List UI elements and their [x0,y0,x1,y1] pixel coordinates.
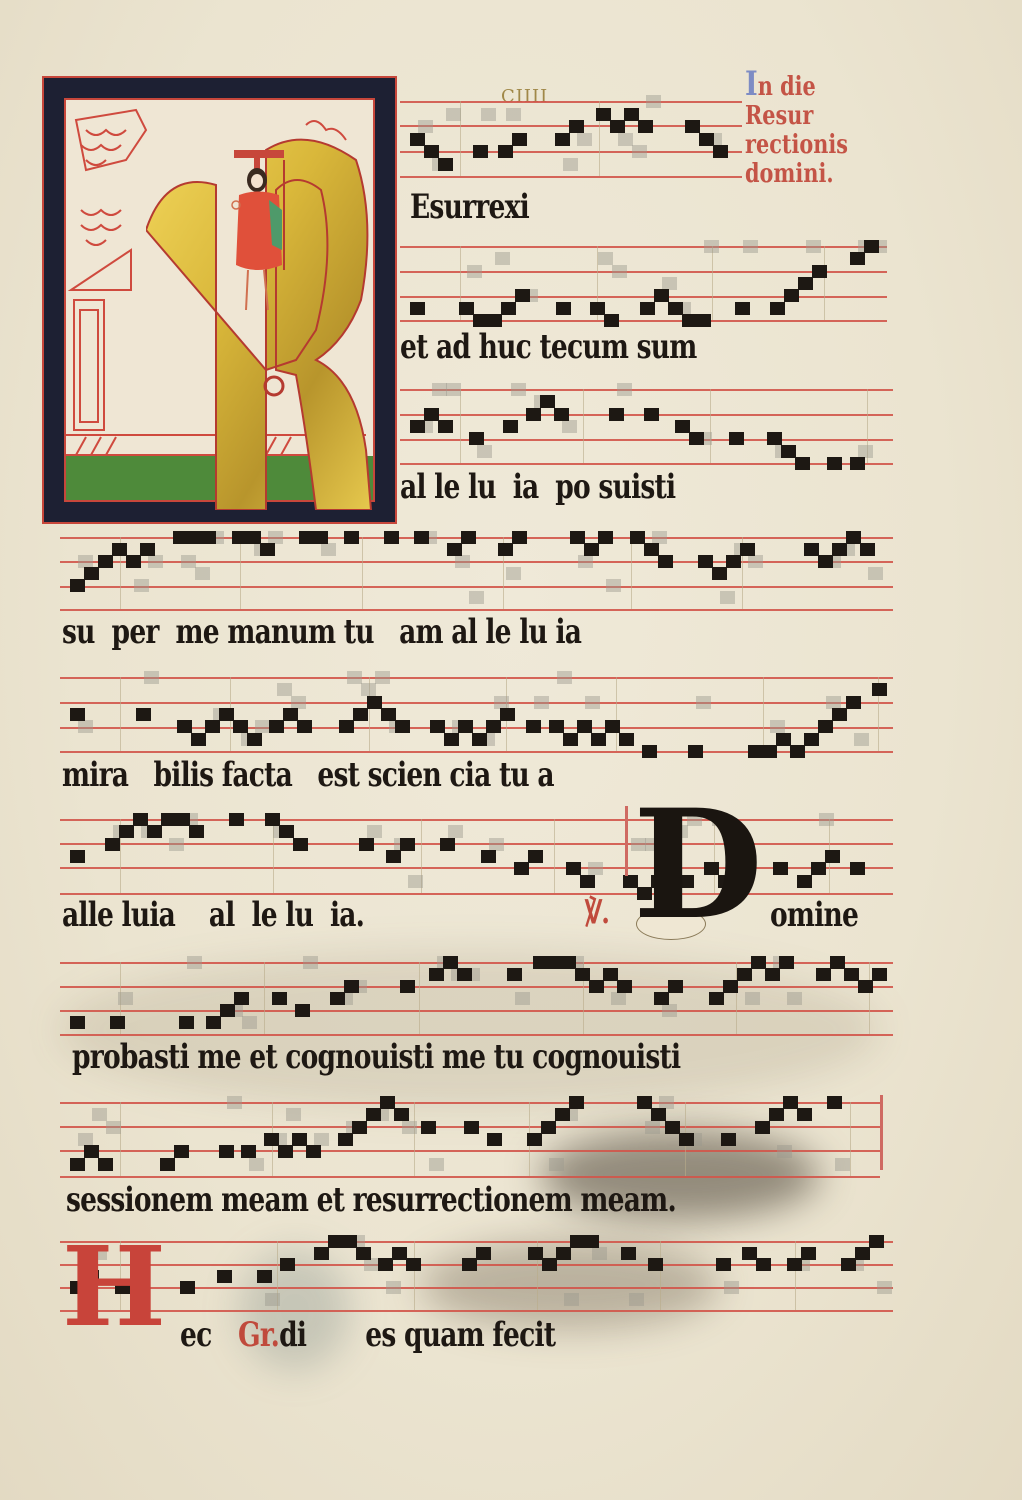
neume-note [797,1108,812,1121]
show-through-note [743,240,758,253]
lyric-line: Esurrexi [410,190,529,224]
staff-line [60,1102,880,1104]
neume-note [241,1145,256,1158]
neume-note [668,302,683,315]
neume-note [70,579,85,592]
neume-note [353,708,368,721]
show-through-note [592,1247,607,1260]
division-line [850,1102,851,1176]
neume-note [406,1258,421,1271]
show-through-note [549,1158,564,1171]
staff-system [400,389,893,465]
lyric-line: et ad huc tecum sum [400,330,697,364]
show-through-note [777,1145,792,1158]
neume-note [712,567,727,580]
neume-note [410,420,425,433]
staff-line [400,296,887,298]
show-through-note [511,383,526,396]
division-line [414,1241,415,1310]
neume-note [604,314,619,327]
show-through-note [662,277,677,290]
division-line [660,1241,661,1310]
division-line [460,389,461,463]
lyric-line: ec di es quam fecit [180,1318,555,1352]
neume-note [112,543,127,556]
neume-note [569,120,584,133]
neume-note [260,543,275,556]
neume-note [295,1004,310,1017]
neume-note [729,432,744,445]
neume-note [459,302,474,315]
neume-note [400,980,415,993]
staff-line [60,1010,893,1012]
neume-note [514,862,529,875]
show-through-note [249,1158,264,1171]
neume-note [527,1133,542,1146]
show-through-note [787,992,802,1005]
neume-note [528,1247,543,1260]
show-through-note [564,1293,579,1306]
neume-note [610,120,625,133]
neume-note [330,992,345,1005]
neume-note [462,1258,477,1271]
division-line [264,962,265,1034]
neume-note [257,1270,272,1283]
staff-line [60,609,893,611]
neume-note [872,968,887,981]
neume-note [795,457,810,470]
division-line [554,819,555,893]
neume-note [272,992,287,1005]
neume-note [555,133,570,146]
neume-note [512,531,527,544]
neume-note [526,720,541,733]
division-line [583,389,584,463]
neume-note [526,408,541,421]
neume-note [283,708,298,721]
neume-note [563,733,578,746]
neume-note [280,1258,295,1271]
lyric-line: alle luia al le lu ia. [62,898,364,932]
neume-note [440,838,455,851]
show-through-note [646,95,661,108]
neume-note [651,1108,666,1121]
neume-note [105,838,120,851]
neume-note [386,850,401,863]
division-line [710,389,711,463]
neume-note [577,720,592,733]
neume-note [855,1247,870,1260]
show-through-note [618,133,633,146]
neume-note [644,408,659,421]
neume-note [698,555,713,568]
lyric-line: al le lu ia po suisti [400,470,675,504]
neume-note [675,420,690,433]
neume-note [846,531,861,544]
neume-note [206,1016,221,1029]
neume-note [668,980,683,993]
staff-line [60,677,893,679]
show-through-note [629,1293,644,1306]
illuminated-initial-r [42,76,397,524]
neume-note [685,120,700,133]
show-through-note [578,555,593,568]
neume-note [232,531,247,544]
show-through-note [645,1121,660,1134]
neume-note [818,555,833,568]
neume-note [136,708,151,721]
show-through-note [481,108,496,121]
show-through-note [446,383,461,396]
neume-note [654,289,669,302]
neume-note [366,1108,381,1121]
neume-note [827,457,842,470]
neume-note [812,265,827,278]
staff-line [60,986,893,988]
neume-note [603,968,618,981]
neume-note [278,1145,293,1158]
division-line [795,1241,796,1310]
neume-note [175,813,190,826]
neume-note [487,1133,502,1146]
show-through-note [314,1133,329,1146]
neume-note [352,1121,367,1134]
neume-note [191,733,206,746]
neume-note [306,1145,321,1158]
neume-note [395,720,410,733]
neume-note [110,1016,125,1029]
division-line [419,962,420,1034]
neume-note [180,1281,195,1294]
neume-note [689,432,704,445]
neume-note [314,1247,329,1260]
lyric-line: probasti me et cognouisti me tu cognouis… [72,1040,680,1074]
show-through-note [724,1281,739,1294]
show-through-note [469,591,484,604]
neume-note [217,1270,232,1283]
neume-note [246,531,261,544]
neume-note [841,1258,856,1271]
show-through-note [720,591,735,604]
show-through-note [227,1096,242,1109]
show-through-note [495,252,510,265]
show-through-note [432,383,447,396]
show-through-note [617,383,632,396]
neume-note [487,314,502,327]
neume-note [770,302,785,315]
neume-note [98,1158,113,1171]
neume-note [507,968,522,981]
neume-note [554,408,569,421]
staff-line [400,101,742,103]
neume-note [384,531,399,544]
division-line [240,537,241,609]
neume-note [500,708,515,721]
neume-note [637,1096,652,1109]
neume-note [414,531,429,544]
neume-note [783,1096,798,1109]
neume-note [264,1133,279,1146]
staff-line [400,151,742,153]
neume-note [380,1096,395,1109]
show-through-note [265,1293,280,1306]
show-through-note [277,683,292,696]
show-through-note [291,696,306,709]
staff-line [60,962,893,964]
staff-line [400,389,893,391]
neume-note [161,813,176,826]
neume-note [201,531,216,544]
neume-note [696,314,711,327]
neume-note [575,968,590,981]
neume-note [797,875,812,888]
neume-note [850,252,865,265]
neume-note [444,733,459,746]
staff-line [60,702,893,704]
rubric-line: rectionis [745,131,865,160]
neume-note [740,543,755,556]
show-through-note [662,1004,677,1017]
neume-note [864,240,879,253]
neume-note [596,108,611,121]
neume-note [860,543,875,556]
neume-note [140,543,155,556]
show-through-note [562,420,577,433]
staff-line [400,463,893,465]
neume-note [540,395,555,408]
neume-note [461,531,476,544]
rubric-heading: In die Resur rectionis domini. [745,70,865,189]
neume-note [512,133,527,146]
neume-note [70,708,85,721]
show-through-note [696,696,711,709]
neume-note [769,1108,784,1121]
division-line [869,962,870,1034]
division-line [824,246,825,320]
show-through-note [585,696,600,709]
neume-note [438,420,453,433]
neume-note [247,733,262,746]
neume-note [473,314,488,327]
lyric-line: su per me manum tu am al le lu ia [62,615,581,649]
neume-note [501,302,516,315]
show-through-note [577,133,592,146]
neume-note [119,825,134,838]
show-through-note [858,445,873,458]
show-through-note [78,720,93,733]
show-through-note [606,579,621,592]
initial-background [64,98,375,502]
neume-note [654,992,669,1005]
neume-note [617,980,632,993]
neume-note [447,543,462,556]
christ-figure [224,150,294,320]
staff-line [60,1310,893,1312]
neume-note [713,145,728,158]
neume-note [605,720,620,733]
neume-note [70,1158,85,1171]
neume-note [234,992,249,1005]
neume-note [229,813,244,826]
show-through-note [563,158,578,171]
neume-note [638,120,653,133]
neume-note [187,531,202,544]
show-through-note [557,671,572,684]
neume-note [818,720,833,733]
versicle-mark: ℣. [585,896,609,928]
neume-note [265,813,280,826]
show-through-note [598,252,613,265]
neume-note [570,1235,585,1248]
neume-note [338,1133,353,1146]
neume-note [359,838,374,851]
neume-note [533,956,548,969]
staff-line [60,1034,893,1036]
neume-note [591,733,606,746]
neume-note [556,302,571,315]
neume-note [779,956,794,969]
neume-note [776,733,791,746]
neume-note [457,968,472,981]
show-through-note [286,1108,301,1121]
neume-note [737,968,752,981]
neume-note [443,956,458,969]
neume-note [748,745,763,758]
neume-note [173,531,188,544]
neume-note [830,956,845,969]
neume-note [394,1108,409,1121]
staff-line [60,586,893,588]
neume-note [179,1016,194,1029]
show-through-note [467,265,482,278]
neume-note [486,720,501,733]
neume-note [98,555,113,568]
neume-note [716,1258,731,1271]
neume-note [832,708,847,721]
neume-note [590,302,605,315]
neume-note [297,720,312,733]
neume-note [784,289,799,302]
neume-note [832,543,847,556]
neume-note [561,956,576,969]
neume-note [556,1247,571,1260]
neume-note [858,980,873,993]
neume-note [580,875,595,888]
show-through-note [321,543,336,556]
show-through-note [187,956,202,969]
neume-note [825,850,840,863]
show-through-note [506,567,521,580]
neume-note [528,850,543,863]
neume-note [344,531,359,544]
neume-note [846,696,861,709]
show-through-note [303,956,318,969]
neume-note [569,1096,584,1109]
neume-note [735,302,750,315]
neume-note [762,745,777,758]
neume-note [804,543,819,556]
show-through-note [347,671,362,684]
lyric-continuation: omine [770,898,858,932]
neume-note [679,1133,694,1146]
show-through-note [611,992,626,1005]
neume-note [658,555,673,568]
show-through-note [375,671,390,684]
neume-note [220,1004,235,1017]
neume-note [378,1258,393,1271]
neume-note [339,720,354,733]
show-through-note [255,720,270,733]
neume-note [233,720,248,733]
red-initial-h: H [62,1232,166,1342]
neume-note [424,145,439,158]
neume-note [70,850,85,863]
neume-note [570,531,585,544]
neume-note [555,1108,570,1121]
cadel-initial-d: D [623,790,773,940]
neume-note [756,1258,771,1271]
show-through-note [835,1158,850,1171]
neume-note [70,1016,85,1029]
neume-note [709,992,724,1005]
neume-note [850,862,865,875]
neume-note [781,445,796,458]
show-through-note [448,825,463,838]
neume-note [773,862,788,875]
neume-note [549,720,564,733]
lyric-line: mira bilis facta est scien cia tu a [62,758,554,792]
show-through-note [181,555,196,568]
show-through-note [826,696,841,709]
neume-note [584,543,599,556]
neume-note [328,1235,343,1248]
neume-note [481,850,496,863]
show-through-note [534,696,549,709]
show-through-note [134,579,149,592]
neume-note [189,825,204,838]
neume-note [765,968,780,981]
neume-note [498,543,513,556]
neume-note [726,555,741,568]
neume-note [767,432,782,445]
neume-note [648,1258,663,1271]
neume-note [160,1158,175,1171]
neume-note [844,968,859,981]
neume-note [219,1145,234,1158]
neume-note [126,555,141,568]
neume-note [367,696,382,709]
neume-note [584,1235,599,1248]
show-through-note [745,992,760,1005]
staff-line [60,1176,880,1178]
division-line [763,677,764,751]
neume-note [644,543,659,556]
show-through-note [361,683,376,696]
show-through-note [506,108,521,121]
neume-note [279,825,294,838]
show-through-note [770,720,785,733]
division-line [414,1102,415,1176]
neume-note [464,1121,479,1134]
show-through-note [386,1281,401,1294]
neume-note [751,956,766,969]
neume-note [619,733,634,746]
neume-note [410,133,425,146]
show-through-note [367,825,382,838]
neume-note [84,1145,99,1158]
neume-note [473,145,488,158]
staff-system [60,1102,880,1178]
